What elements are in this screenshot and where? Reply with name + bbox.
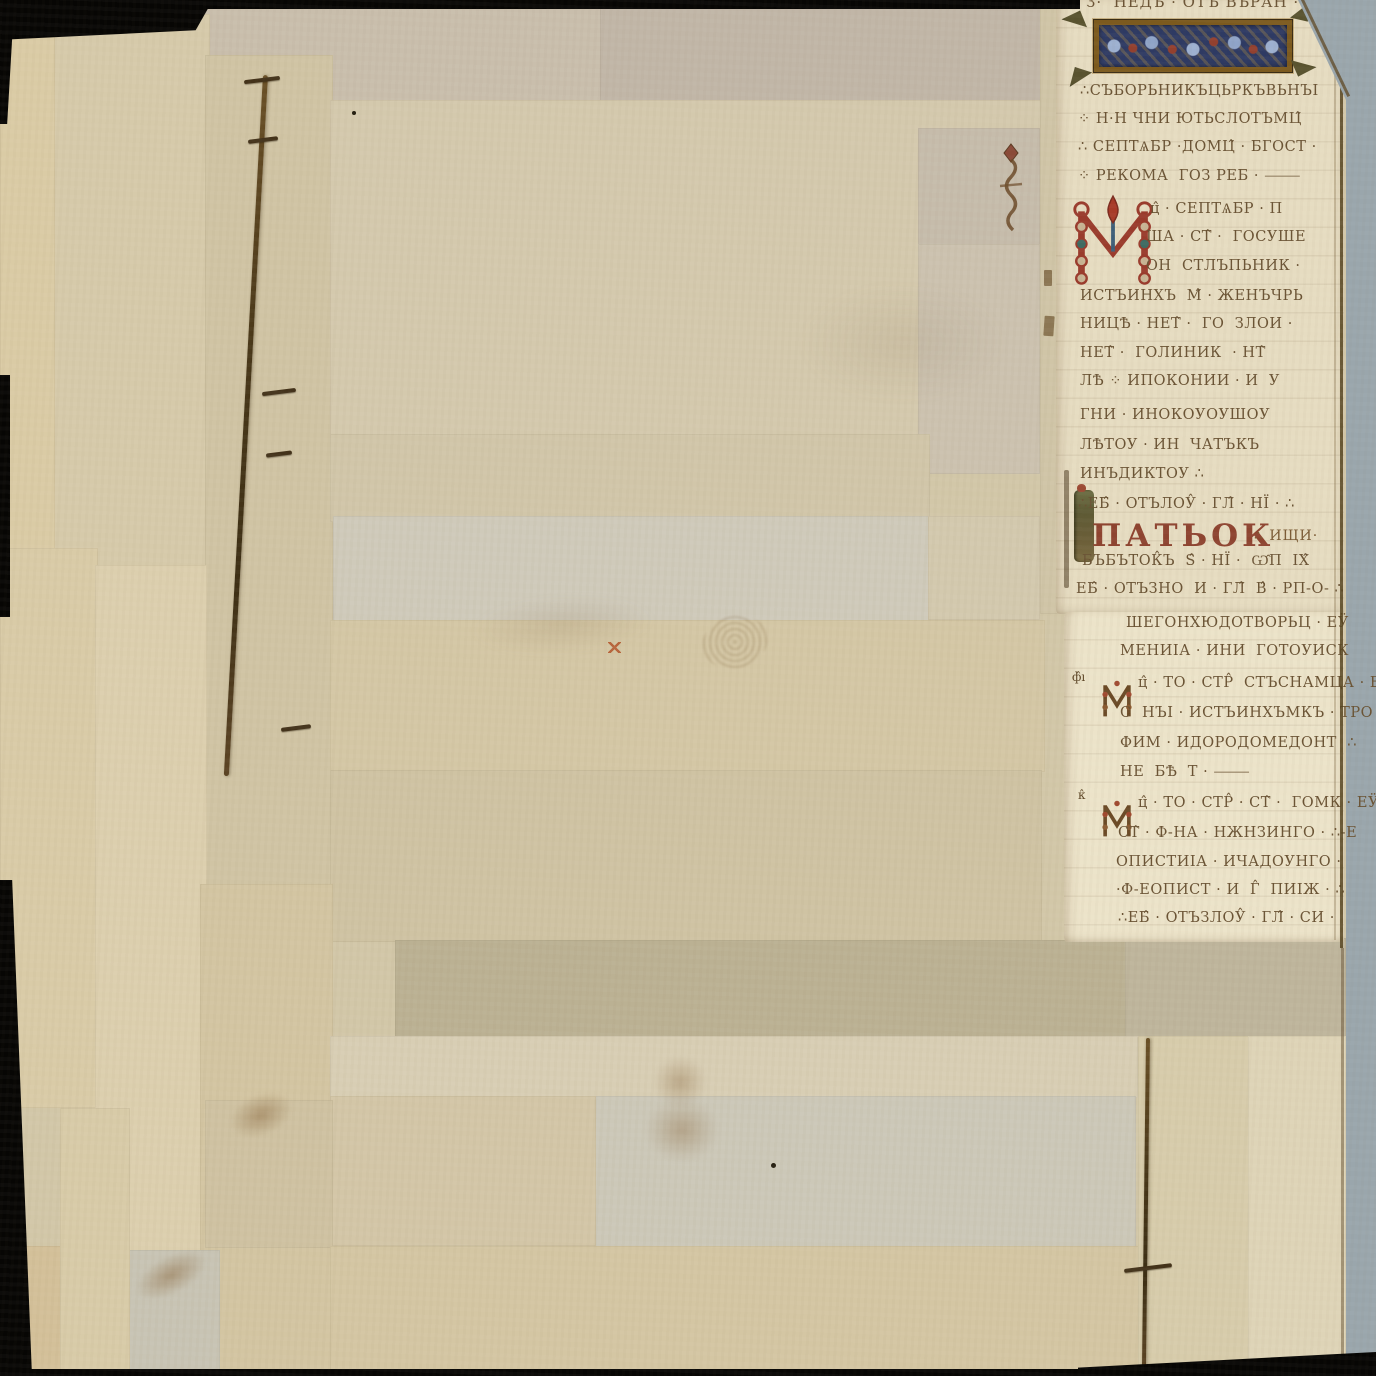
- page-right-edge: [1340, 0, 1343, 948]
- rubric-display-suffix: ∴ ИЩИ·: [1254, 528, 1318, 544]
- top-partial-line: З· НЕДѢ · ОТЪ ВѢРАН · ЗО: [1086, 0, 1329, 11]
- black-sliver-left-b: [0, 375, 10, 617]
- rubric-display-word: ПАТЬОК: [1092, 518, 1274, 554]
- rubric-initial-bar: [1074, 490, 1094, 562]
- page-inner-edge: [1334, 60, 1336, 940]
- ornament-tail: [998, 142, 1024, 242]
- small-initial-M-2: [1098, 798, 1136, 844]
- black-strip-top: [185, 0, 1080, 9]
- manuscript-scan: З· НЕДѢ · ОТЪ ВѢРАН · ЗО ∴СЪБОРЬНИКЪЦЬРК…: [0, 0, 1376, 1376]
- illuminated-initial-M: [1070, 194, 1156, 294]
- headpiece-ornament: [1094, 20, 1292, 72]
- small-initial-M-1: [1098, 678, 1136, 724]
- page-right-edge-lower: [1341, 948, 1344, 1372]
